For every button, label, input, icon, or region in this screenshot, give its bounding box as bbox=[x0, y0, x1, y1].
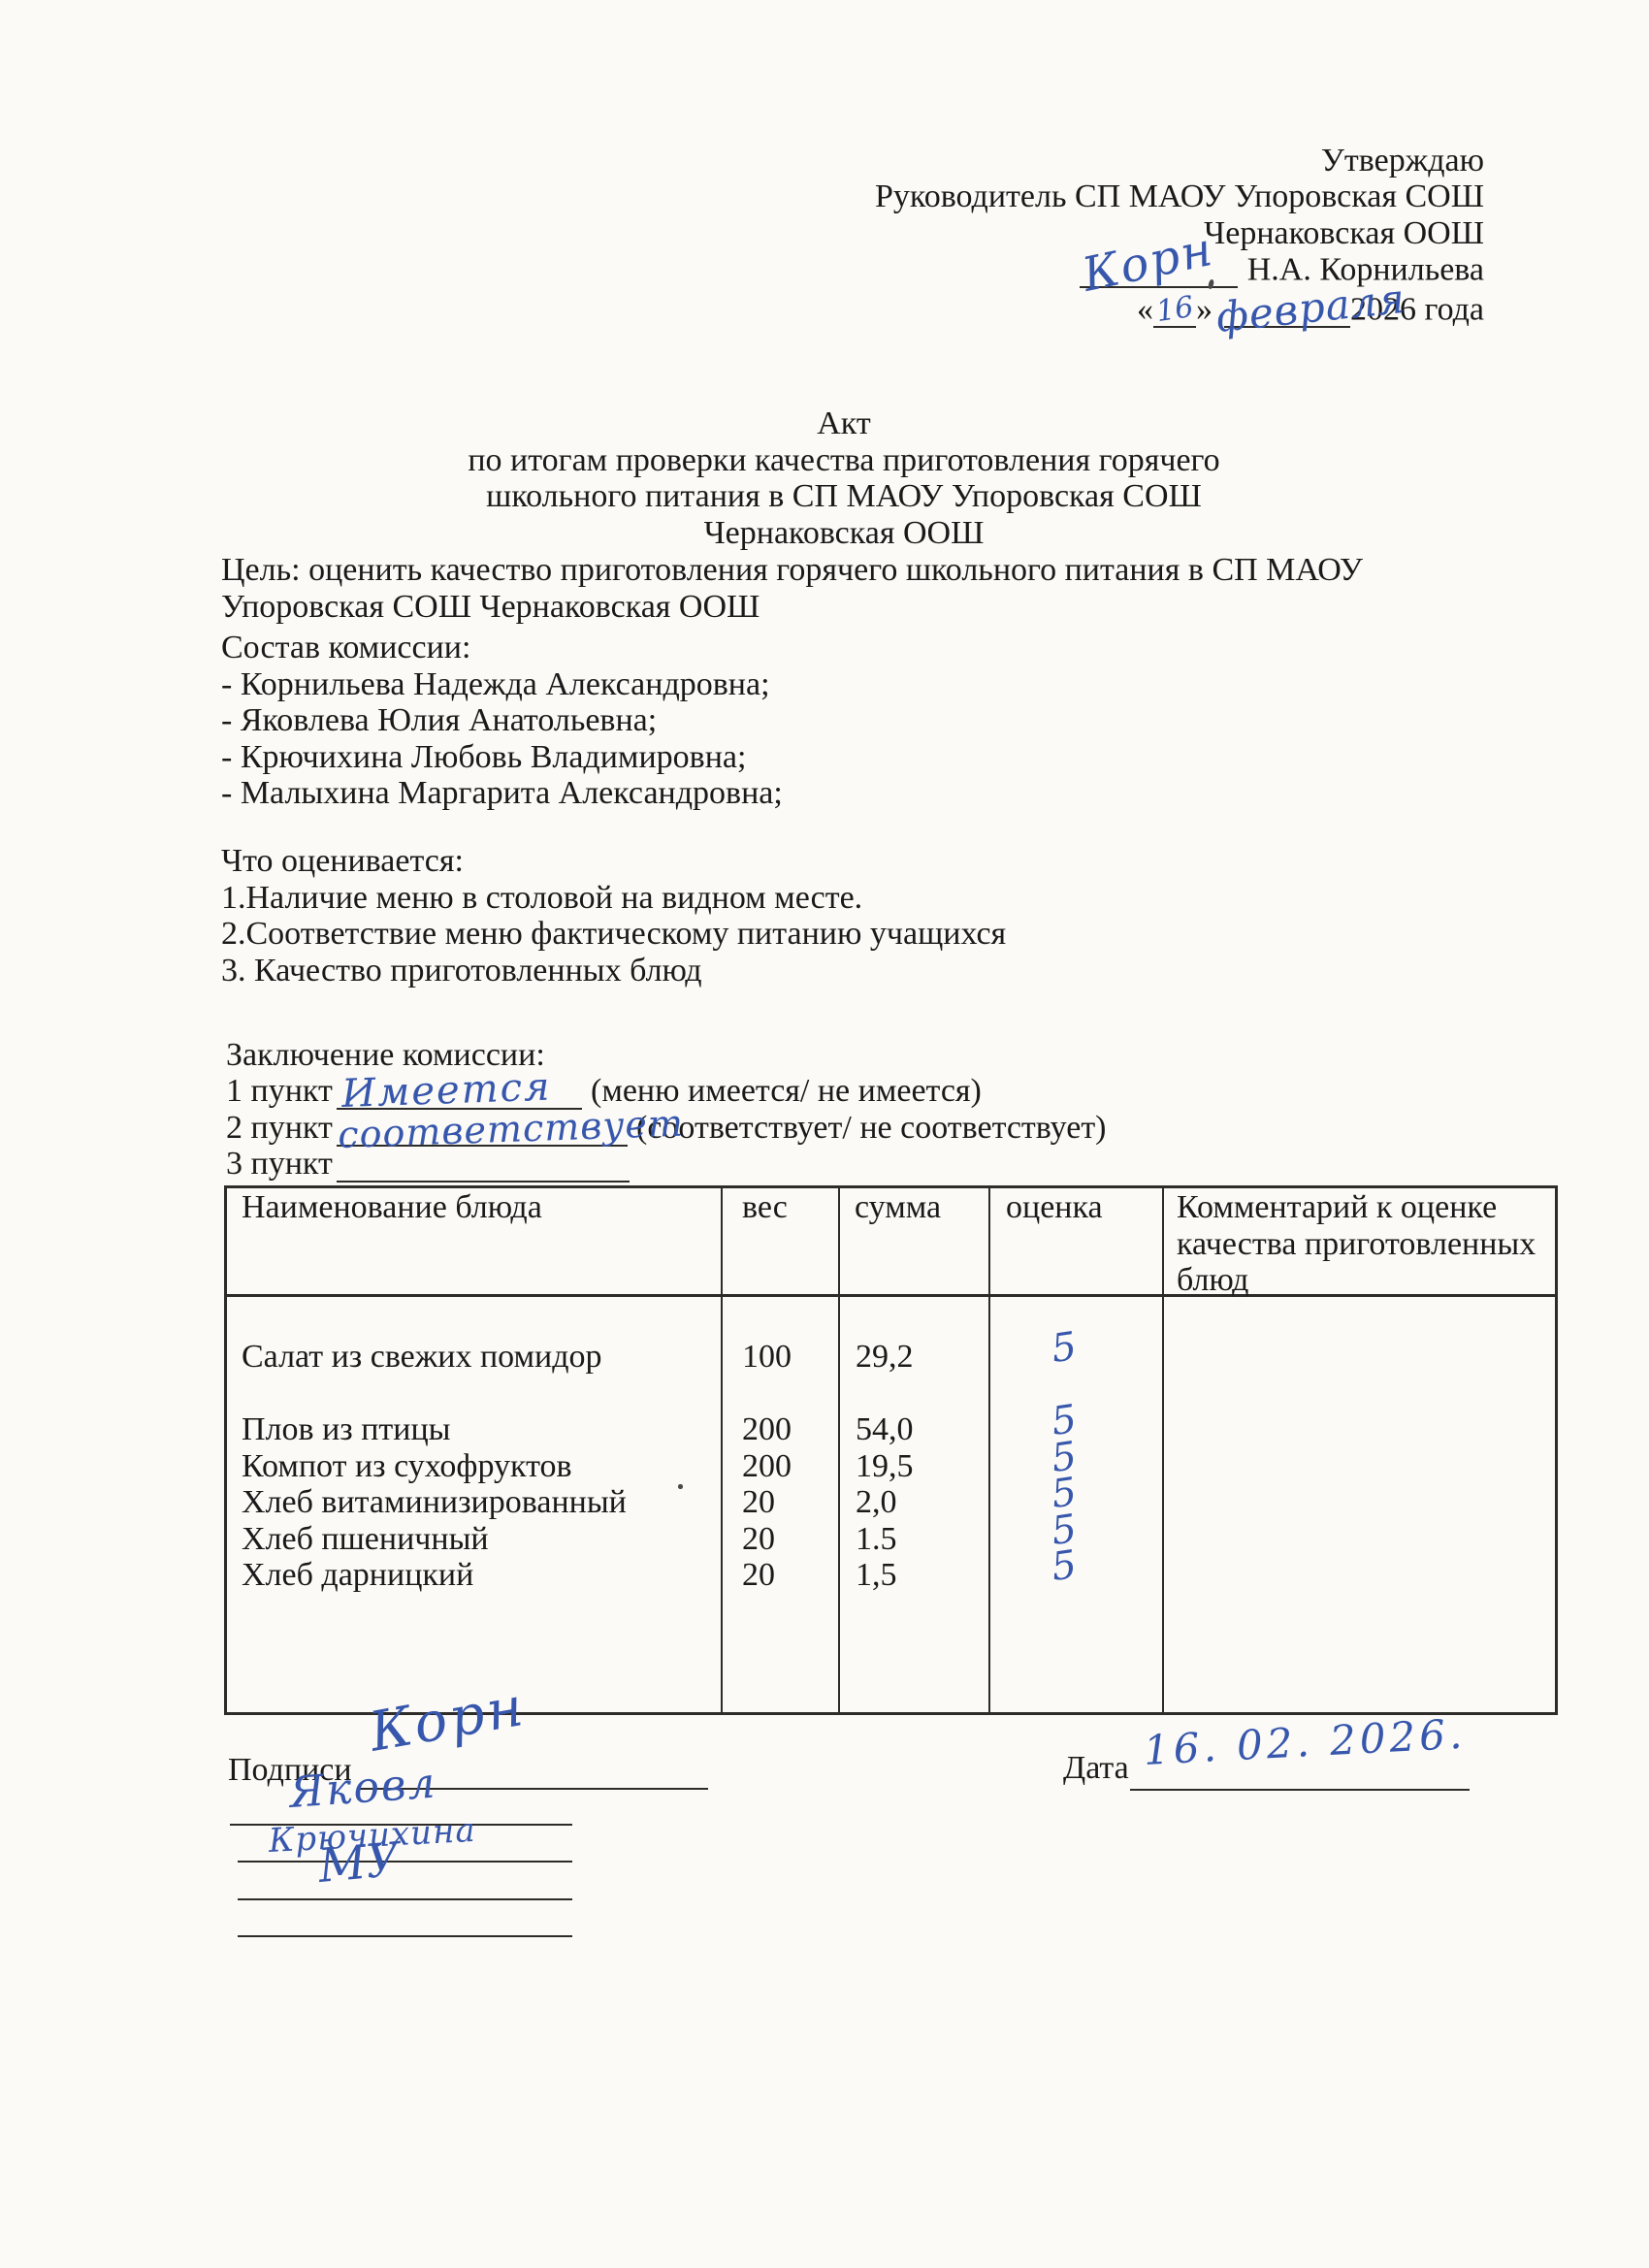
commission-member: - Крючихина Любовь Владимировна; bbox=[221, 739, 783, 776]
commission-member: - Малыхина Маргарита Александровна; bbox=[221, 775, 783, 812]
point-label: 2 пункт bbox=[226, 1110, 337, 1147]
approval-month-underline: февраля bbox=[1224, 291, 1350, 328]
commission-member: - Корнильева Надежда Александровна; bbox=[221, 666, 783, 703]
dish-amount: 1.5 bbox=[856, 1521, 988, 1558]
signature-script-4: МУ bbox=[317, 1842, 402, 1886]
signature-line-3 bbox=[238, 1861, 572, 1863]
dish-name: Хлеб витаминизированный bbox=[242, 1484, 721, 1521]
dishes-table: Наименование блюда вес сумма оценка Комм… bbox=[224, 1185, 1558, 1715]
approval-date-line: «16»февраля2026 года bbox=[1137, 291, 1484, 328]
date-line bbox=[1130, 1789, 1470, 1791]
evaluation-block: Что оценивается: 1.Наличие меню в столов… bbox=[221, 843, 1006, 988]
dish-weight: 20 bbox=[742, 1484, 838, 1521]
point-note: (соответствует/ не соответствует) bbox=[636, 1110, 1107, 1146]
commission-member: - Яковлева Юлия Анатольевна; bbox=[221, 702, 783, 739]
header-comment: Комментарий к оценке качества приготовле… bbox=[1164, 1188, 1555, 1294]
dish-grade-handwritten: 5 bbox=[1050, 1329, 1079, 1369]
dish-name: Хлеб пшеничный bbox=[242, 1521, 721, 1558]
date-label: Дата bbox=[1063, 1750, 1129, 1787]
header-amount: сумма bbox=[840, 1188, 990, 1294]
signature-line-4 bbox=[238, 1898, 572, 1900]
point-underline: соответствует bbox=[337, 1112, 628, 1147]
approval-day-underline: 16 bbox=[1153, 291, 1196, 328]
signature-script-1: Корн bbox=[367, 1688, 528, 1751]
dish-amount: 19,5 bbox=[856, 1448, 988, 1485]
column-dish-names: Салат из свежих помидор Плов из птицы Ко… bbox=[227, 1297, 723, 1712]
evaluation-item: 3. Качество приготовленных блюд bbox=[221, 953, 1006, 989]
title-line-4: Чернаковская ООШ bbox=[165, 515, 1523, 552]
point-underline bbox=[337, 1148, 630, 1183]
quote-open: « bbox=[1137, 292, 1153, 328]
dish-amount: 2,0 bbox=[856, 1484, 988, 1521]
dish-name: Хлеб дарницкий bbox=[242, 1557, 721, 1594]
column-weights: 100 200 200 20 20 20 bbox=[723, 1297, 840, 1712]
table-header-row: Наименование блюда вес сумма оценка Комм… bbox=[227, 1188, 1555, 1297]
table-body-row: Салат из свежих помидор Плов из птицы Ко… bbox=[227, 1297, 1555, 1712]
dish-amount: 29,2 bbox=[856, 1339, 988, 1376]
commission-heading: Состав комиссии: bbox=[221, 630, 783, 666]
dish-weight: 20 bbox=[742, 1521, 838, 1558]
signature-line-5 bbox=[238, 1935, 572, 1937]
title-line-2: по итогам проверки качества приготовлени… bbox=[165, 442, 1523, 479]
point-label: 1 пункт bbox=[226, 1073, 337, 1110]
title-line-1: Акт bbox=[165, 405, 1523, 442]
approval-line-approve: Утверждаю bbox=[1321, 143, 1484, 179]
scanned-document-page: Утверждаю Руководитель СП МАОУ Упоровска… bbox=[0, 0, 1649, 2268]
signature-script-2: Яковл bbox=[288, 1765, 437, 1811]
dish-weight: 200 bbox=[742, 1448, 838, 1485]
scan-artifact bbox=[678, 1484, 683, 1489]
conclusion-point-3: 3 пункт bbox=[226, 1146, 630, 1181]
approval-signature-line: КорнН.А. Корнильева bbox=[1080, 251, 1484, 288]
header-weight: вес bbox=[723, 1188, 840, 1294]
approval-line-head: Руководитель СП МАОУ Упоровская СОШ bbox=[875, 178, 1484, 215]
conclusion-point-2: 2 пунктсоответствует(соответствует/ не с… bbox=[226, 1110, 1107, 1145]
evaluation-heading: Что оценивается: bbox=[221, 843, 1006, 880]
evaluation-item: 1.Наличие меню в столовой на видном мест… bbox=[221, 880, 1006, 917]
dish-name: Плов из птицы bbox=[242, 1411, 721, 1448]
column-grades: 5 5 5 5 5 5 bbox=[990, 1297, 1164, 1712]
dish-amount: 54,0 bbox=[856, 1411, 988, 1448]
purpose-line-2: Упоровская СОШ Чернаковская ООШ bbox=[221, 589, 1363, 626]
quote-close: » bbox=[1196, 292, 1212, 328]
evaluation-item: 2.Соответствие меню фактическому питанию… bbox=[221, 916, 1006, 953]
header-dish-name: Наименование блюда bbox=[227, 1188, 723, 1294]
point-underline: Имеется bbox=[337, 1075, 582, 1110]
commission-block: Состав комиссии: - Корнильева Надежда Ал… bbox=[221, 630, 783, 812]
dish-weight: 20 bbox=[742, 1557, 838, 1594]
purpose-line-1: Цель: оценить качество приготовления гор… bbox=[221, 552, 1363, 589]
dish-weight: 200 bbox=[742, 1411, 838, 1448]
dish-name: Салат из свежих помидор bbox=[242, 1339, 721, 1376]
dish-grade-handwritten: 5 bbox=[1050, 1547, 1079, 1587]
approval-day-script: 16 bbox=[1154, 289, 1196, 330]
column-amounts: 29,2 54,0 19,5 2,0 1.5 1,5 bbox=[840, 1297, 990, 1712]
approval-line-school: Чернаковская ООШ bbox=[1204, 215, 1484, 252]
dish-name: Компот из сухофруктов bbox=[242, 1448, 721, 1485]
dish-amount: 1,5 bbox=[856, 1557, 988, 1594]
header-grade: оценка bbox=[990, 1188, 1164, 1294]
conclusion-point-1: 1 пунктИмеется(меню имеется/ не имеется) bbox=[226, 1073, 982, 1108]
column-comments bbox=[1164, 1297, 1555, 1712]
dish-weight: 100 bbox=[742, 1339, 838, 1376]
point-label: 3 пункт bbox=[226, 1146, 337, 1183]
document-title: Акт по итогам проверки качества приготов… bbox=[165, 405, 1523, 551]
date-handwritten: 16. 02. 2026. bbox=[1143, 1716, 1467, 1769]
purpose-block: Цель: оценить качество приготовления гор… bbox=[221, 552, 1363, 625]
approver-signature-script: Корн bbox=[1080, 231, 1216, 294]
title-line-3: школьного питания в СП МАОУ Упоровская С… bbox=[165, 478, 1523, 515]
